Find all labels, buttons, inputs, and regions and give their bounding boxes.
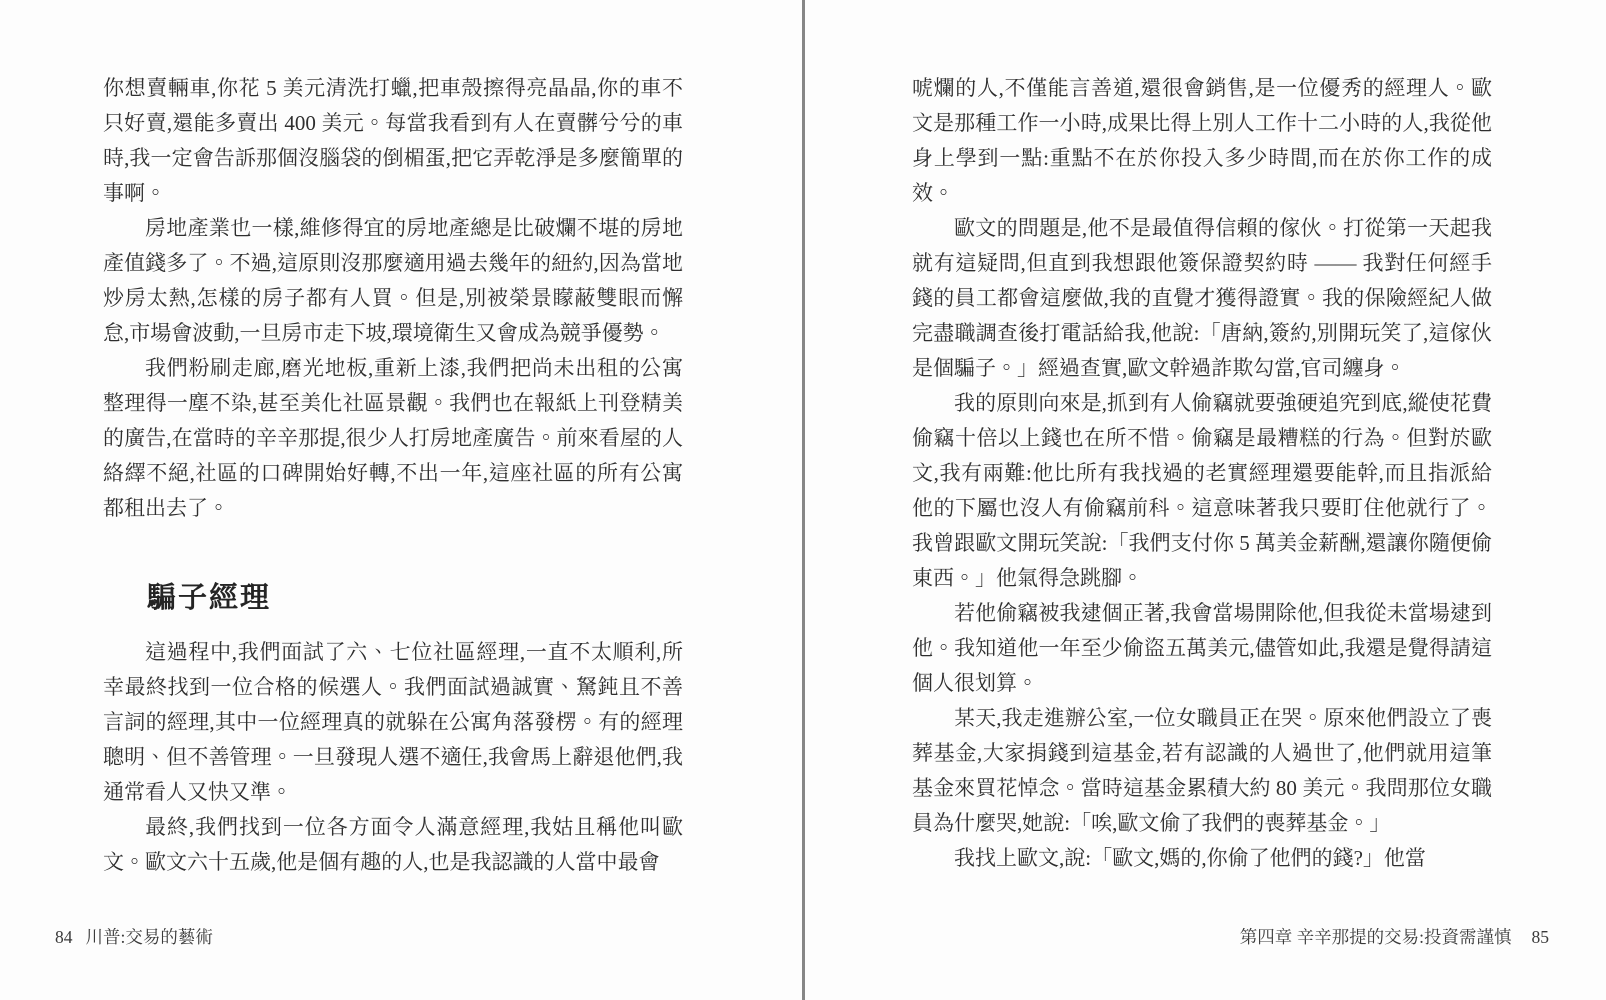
body-paragraph: 我的原則向來是,抓到有人偷竊就要強硬追究到底,縱使花費偷竊十倍以上錢也在所不惜。… bbox=[912, 386, 1492, 596]
body-paragraph: 這過程中,我們面試了六、七位社區經理,一直不太順利,所幸最終找到一位合格的候選人… bbox=[103, 635, 683, 810]
right-page-text-block: 唬爛的人,不僅能言善道,還很會銷售,是一位優秀的經理人。歐文是那種工作一小時,成… bbox=[912, 71, 1492, 876]
chapter-title: 第四章 辛辛那提的交易:投資需謹慎 bbox=[1240, 926, 1512, 948]
page-number: 85 bbox=[1532, 926, 1550, 948]
page-number: 84 bbox=[55, 926, 73, 948]
body-paragraph: 某天,我走進辦公室,一位女職員正在哭。原來他們設立了喪葬基金,大家捐錢到這基金,… bbox=[912, 701, 1492, 841]
book-spread: 你想賣輛車,你花 5 美元清洗打蠟,把車殼擦得亮晶晶,你的車不只好賣,還能多賣出… bbox=[0, 0, 1606, 1000]
body-paragraph: 最終,我們找到一位各方面令人滿意經理,我姑且稱他叫歐文。歐文六十五歲,他是個有趣… bbox=[103, 810, 683, 880]
right-page-footer: 第四章 辛辛那提的交易:投資需謹慎 85 bbox=[1240, 926, 1549, 948]
body-paragraph: 若他偷竊被我逮個正著,我會當場開除他,但我從未當場逮到他。我知道他一年至少偷盜五… bbox=[912, 596, 1492, 701]
left-page: 你想賣輛車,你花 5 美元清洗打蠟,把車殼擦得亮晶晶,你的車不只好賣,還能多賣出… bbox=[0, 0, 802, 1000]
section-heading: 騙子經理 bbox=[103, 578, 683, 618]
body-paragraph: 唬爛的人,不僅能言善道,還很會銷售,是一位優秀的經理人。歐文是那種工作一小時,成… bbox=[912, 71, 1492, 211]
body-paragraph: 我找上歐文,說:「歐文,媽的,你偷了他們的錢?」他當 bbox=[912, 841, 1492, 876]
book-title: 川普:交易的藝術 bbox=[86, 926, 213, 948]
body-paragraph: 歐文的問題是,他不是最值得信賴的傢伙。打從第一天起我就有這疑問,但直到我想跟他簽… bbox=[912, 211, 1492, 386]
left-page-text-block: 你想賣輛車,你花 5 美元清洗打蠟,把車殼擦得亮晶晶,你的車不只好賣,還能多賣出… bbox=[103, 71, 683, 880]
body-paragraph: 房地產業也一樣,維修得宜的房地產總是比破爛不堪的房地產值錢多了。不過,這原則沒那… bbox=[103, 211, 683, 351]
body-paragraph: 你想賣輛車,你花 5 美元清洗打蠟,把車殼擦得亮晶晶,你的車不只好賣,還能多賣出… bbox=[103, 71, 683, 211]
right-page: 唬爛的人,不僅能言善道,還很會銷售,是一位優秀的經理人。歐文是那種工作一小時,成… bbox=[805, 0, 1606, 1000]
body-paragraph: 我們粉刷走廊,磨光地板,重新上漆,我們把尚未出租的公寓整理得一塵不染,甚至美化社… bbox=[103, 351, 683, 526]
left-page-footer: 84 川普:交易的藝術 bbox=[55, 926, 213, 948]
